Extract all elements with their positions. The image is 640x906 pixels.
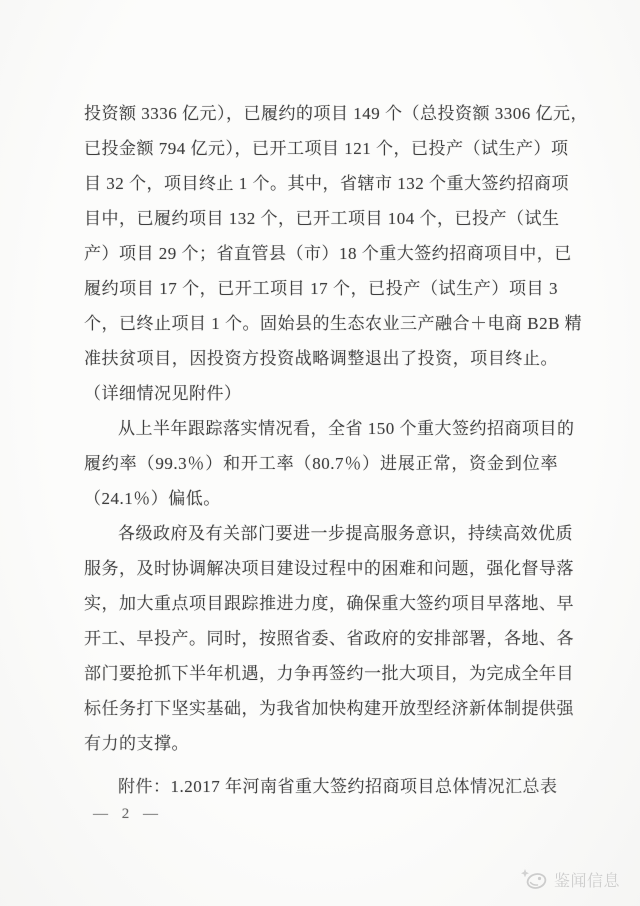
attachment-line: 附件：1.2017 年河南省重大签约招商项目总体情况汇总表: [84, 769, 558, 804]
text-line: 各级政府及有关部门要进一步提高服务意识，持续高效优质: [84, 516, 558, 551]
text-line: （详细情况见附件）: [84, 376, 558, 411]
text-line: 目 32 个，项目终止 1 个。其中，省辖市 132 个重大签约招商项: [84, 166, 558, 201]
text-line: 产）项目 29 个；省直管县（市）18 个重大签约招商项目中，已: [84, 236, 558, 271]
text-line: 已投金额 794 亿元），已开工项目 121 个，已投产（试生产）项: [84, 131, 558, 166]
text-line: 准扶贫项目，因投资方投资战略调整退出了投资，项目终止。: [84, 341, 558, 376]
text-line: 有力的支撑。: [84, 726, 558, 761]
text-line: 开工、早投产。同时，按照省委、省政府的安排部署，各地、各: [84, 621, 558, 656]
text-line: 投资额 3336 亿元），已履约的项目 149 个（总投资额 3306 亿元，: [84, 96, 558, 131]
text-line: 服务，及时协调解决项目建设过程中的困难和问题，强化督导落: [84, 551, 558, 586]
camera-logo-icon: [519, 867, 549, 891]
text-line: 标任务打下坚实基础，为我省加快构建开放型经济新体制提供强: [84, 691, 558, 726]
text-line: 部门要抢抓下半年机遇，力争再签约一批大项目，为完成全年目: [84, 656, 558, 691]
text-line: 目中，已履约项目 132 个，已开工项目 104 个，已投产（试生: [84, 201, 558, 236]
watermark-label: 鉴闻信息: [554, 868, 620, 891]
text-line: 从上半年跟踪落实情况看，全省 150 个重大签约招商项目的: [84, 411, 558, 446]
document-page: 投资额 3336 亿元），已履约的项目 149 个（总投资额 3306 亿元， …: [0, 0, 640, 906]
text-line: （24.1％）偏低。: [84, 481, 558, 516]
page-number: — 2 —: [93, 806, 163, 823]
watermark: 鉴闻信息: [519, 867, 620, 891]
text-line: 个，已终止项目 1 个。固始县的生态农业三产融合＋电商 B2B 精: [84, 306, 558, 341]
document-body: 投资额 3336 亿元），已履约的项目 149 个（总投资额 3306 亿元， …: [84, 96, 558, 804]
text-line: 履约率（99.3％）和开工率（80.7％）进展正常，资金到位率: [84, 446, 558, 481]
text-line: 履约项目 17 个，已开工项目 17 个，已投产（试生产）项目 3: [84, 271, 558, 306]
text-line: 实，加大重点项目跟踪推进力度，确保重大签约项目早落地、早: [84, 586, 558, 621]
